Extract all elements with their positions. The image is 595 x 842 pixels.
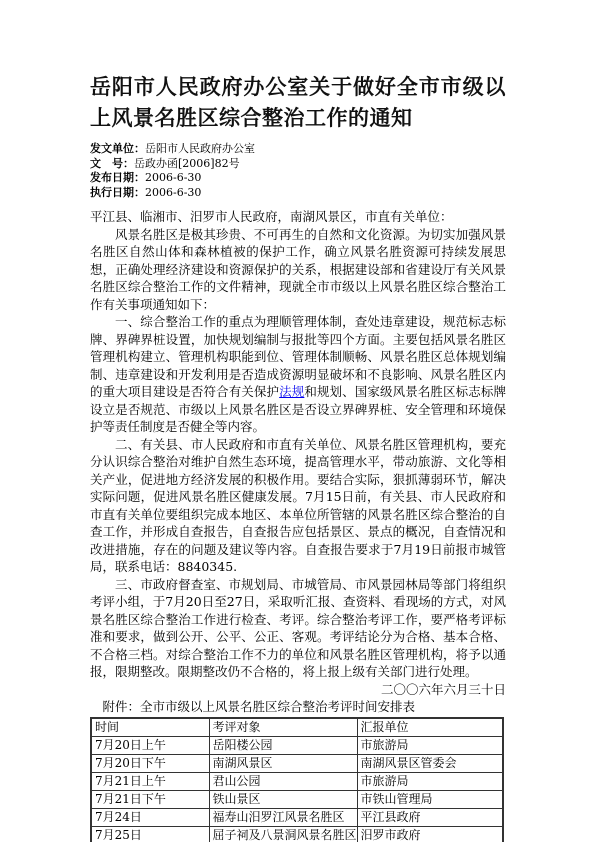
- effective-date-label: 执行日期：: [90, 187, 145, 199]
- effective-date-row: 执行日期：2006-6-30: [90, 186, 506, 201]
- table-cell-target: 福寿山汨罗江风景名胜区: [209, 808, 357, 826]
- item-1-paragraph: 一、综合整治工作的重点为理顺管理体制，查处违章建设，规范标志标牌、界碑界桩设置，…: [90, 313, 506, 436]
- doc-number-value: 岳政办函[2006]82号: [134, 157, 240, 170]
- doc-number-label: 文 号：: [90, 158, 134, 170]
- table-header-row: 时间 考评对象 汇报单位: [91, 718, 503, 737]
- table-cell-reporting-unit: 市铁山管理局: [357, 790, 503, 808]
- table-row: 7月20日上午 岳阳楼公园 市旅游局: [91, 736, 503, 754]
- document-content: 岳阳市人民政府办公室关于做好全市市级以上风景名胜区综合整治工作的通知 发文单位：…: [90, 72, 506, 842]
- intro-paragraph: 风景名胜区是极其珍贵、不可再生的自然和文化资源。为切实加强风景名胜区自然山体和森…: [90, 226, 506, 314]
- effective-date-value: 2006-6-30: [145, 186, 201, 199]
- header-cell-reporting-unit: 汇报单位: [357, 718, 503, 737]
- table-cell-reporting-unit: 市旅游局: [357, 772, 503, 790]
- document-title: 岳阳市人民政府办公室关于做好全市市级以上风景名胜区综合整治工作的通知: [90, 72, 506, 134]
- document-meta: 发文单位：岳阳市人民政府办公室 文 号：岳政办函[2006]82号 发布日期：2…: [90, 142, 506, 200]
- issuing-unit-row: 发文单位：岳阳市人民政府办公室: [90, 142, 506, 157]
- doc-number-row: 文 号：岳政办函[2006]82号: [90, 157, 506, 172]
- table-cell-reporting-unit: 平江县政府: [357, 808, 503, 826]
- table-row: 7月21日下午 铁山景区 市铁山管理局: [91, 790, 503, 808]
- item-3-paragraph: 三、市政府督查室、市规划局、市城管局、市风景园林局等部门将组织考评小组，于7月2…: [90, 576, 506, 681]
- table-cell-reporting-unit: 汨罗市政府: [357, 826, 503, 842]
- table-cell-time: 7月20日下午: [91, 754, 209, 772]
- table-cell-time: 7月20日上午: [91, 736, 209, 754]
- table-row: 7月21日上午 君山公园 市旅游局: [91, 772, 503, 790]
- issuing-unit-label: 发文单位：: [90, 143, 145, 155]
- table-cell-time: 7月24日: [91, 808, 209, 826]
- table-cell-reporting-unit: 市旅游局: [357, 736, 503, 754]
- schedule-table: 时间 考评对象 汇报单位 7月20日上午 岳阳楼公园 市旅游局 7月20日下午 …: [90, 717, 504, 842]
- table-cell-target: 铁山景区: [209, 790, 357, 808]
- header-cell-time: 时间: [91, 718, 209, 737]
- table-cell-target: 岳阳楼公园: [209, 736, 357, 754]
- table-cell-time: 7月21日上午: [91, 772, 209, 790]
- table-cell-reporting-unit: 南湖风景区管委会: [357, 754, 503, 772]
- document-body: 平江县、临湘市、汨罗市人民政府，南湖风景区，市直有关单位： 风景名胜区是极其珍贵…: [90, 208, 506, 716]
- publish-date-row: 发布日期：2006-6-30: [90, 171, 506, 186]
- table-cell-target: 南湖风景区: [209, 754, 357, 772]
- attachment-title: 附件：全市市级以上风景名胜区综合整治考评时间安排表: [90, 698, 506, 716]
- table-cell-target: 屈子祠及八景洞风景名胜区: [209, 826, 357, 842]
- item-2-paragraph: 二、有关县、市人民政府和市直有关单位、风景名胜区管理机构，要充分认识综合整治对维…: [90, 436, 506, 576]
- table-row: 7月20日下午 南湖风景区 南湖风景区管委会: [91, 754, 503, 772]
- issuing-unit-value: 岳阳市人民政府办公室: [145, 142, 255, 155]
- table-row: 7月25日 屈子祠及八景洞风景名胜区 汨罗市政府: [91, 826, 503, 842]
- publish-date-value: 2006-6-30: [145, 171, 201, 184]
- table-cell-target: 君山公园: [209, 772, 357, 790]
- document-page: 岳阳市人民政府办公室关于做好全市市级以上风景名胜区综合整治工作的通知 发文单位：…: [0, 0, 595, 842]
- table-cell-time: 7月21日下午: [91, 790, 209, 808]
- table-cell-time: 7月25日: [91, 826, 209, 842]
- table-row: 7月24日 福寿山汨罗江风景名胜区 平江县政府: [91, 808, 503, 826]
- salutation-paragraph: 平江县、临湘市、汨罗市人民政府，南湖风景区，市直有关单位：: [90, 208, 506, 226]
- publish-date-label: 发布日期：: [90, 172, 145, 184]
- date-line: 二〇〇六年六月三十日: [90, 681, 506, 699]
- header-cell-target: 考评对象: [209, 718, 357, 737]
- regulations-link[interactable]: 法规: [279, 384, 304, 399]
